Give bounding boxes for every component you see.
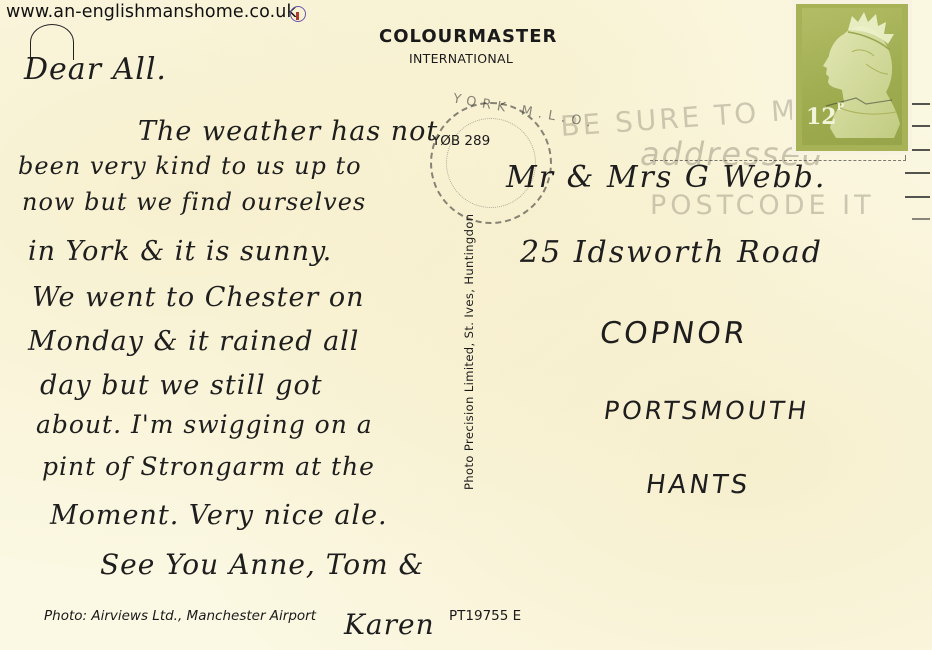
message-line: about. I'm swigging on a bbox=[36, 410, 373, 439]
photo-credit: Photo: Airviews Ltd., Manchester Airport bbox=[44, 608, 316, 624]
circle-figure-logo-icon bbox=[290, 6, 306, 22]
website-watermark: www.an-englishmanshome.co.uk bbox=[6, 2, 297, 22]
cancellation-line bbox=[908, 125, 930, 127]
printer-credit: Photo Precision Limited, St. Ives, Hunti… bbox=[462, 214, 476, 490]
message-line: been very kind to us up to bbox=[18, 152, 362, 180]
message-line: Moment. Very nice ale. bbox=[50, 500, 388, 531]
address-recipient: Mr & Mrs G Webb. bbox=[506, 160, 826, 195]
address-county: HANTS bbox=[644, 470, 752, 500]
postmark-code: YØB 289 bbox=[432, 133, 490, 149]
address-district: COPNOR bbox=[598, 316, 750, 351]
cancellation-line bbox=[905, 196, 930, 198]
message-line: Monday & it rained all bbox=[28, 326, 359, 357]
message-line: in York & it is sunny. bbox=[28, 236, 332, 267]
cancellation-line bbox=[908, 103, 930, 105]
reference-number: PT19755 E bbox=[449, 608, 521, 624]
message-line: pint of Strongarm at the bbox=[42, 452, 375, 481]
address-street: 25 Idsworth Road bbox=[520, 235, 823, 270]
message-line: The weather has not bbox=[138, 116, 438, 147]
publisher-name: COLOURMASTER bbox=[379, 26, 557, 47]
message-greeting: Dear All. bbox=[24, 52, 167, 87]
cancellation-line bbox=[912, 218, 930, 220]
postage-stamp: 12P bbox=[796, 4, 908, 151]
cancellation-line bbox=[905, 172, 930, 174]
message-signoff: See You Anne, Tom & bbox=[100, 548, 424, 581]
message-line: now but we find ourselves bbox=[22, 188, 366, 216]
message-signature: Karen bbox=[344, 608, 435, 641]
stamp-value: 12P bbox=[806, 104, 844, 130]
message-line: day but we still got bbox=[40, 370, 323, 401]
publisher-subtitle: INTERNATIONAL bbox=[409, 51, 513, 66]
message-line: We went to Chester on bbox=[32, 282, 365, 313]
address-city: PORTSMOUTH bbox=[602, 396, 811, 425]
